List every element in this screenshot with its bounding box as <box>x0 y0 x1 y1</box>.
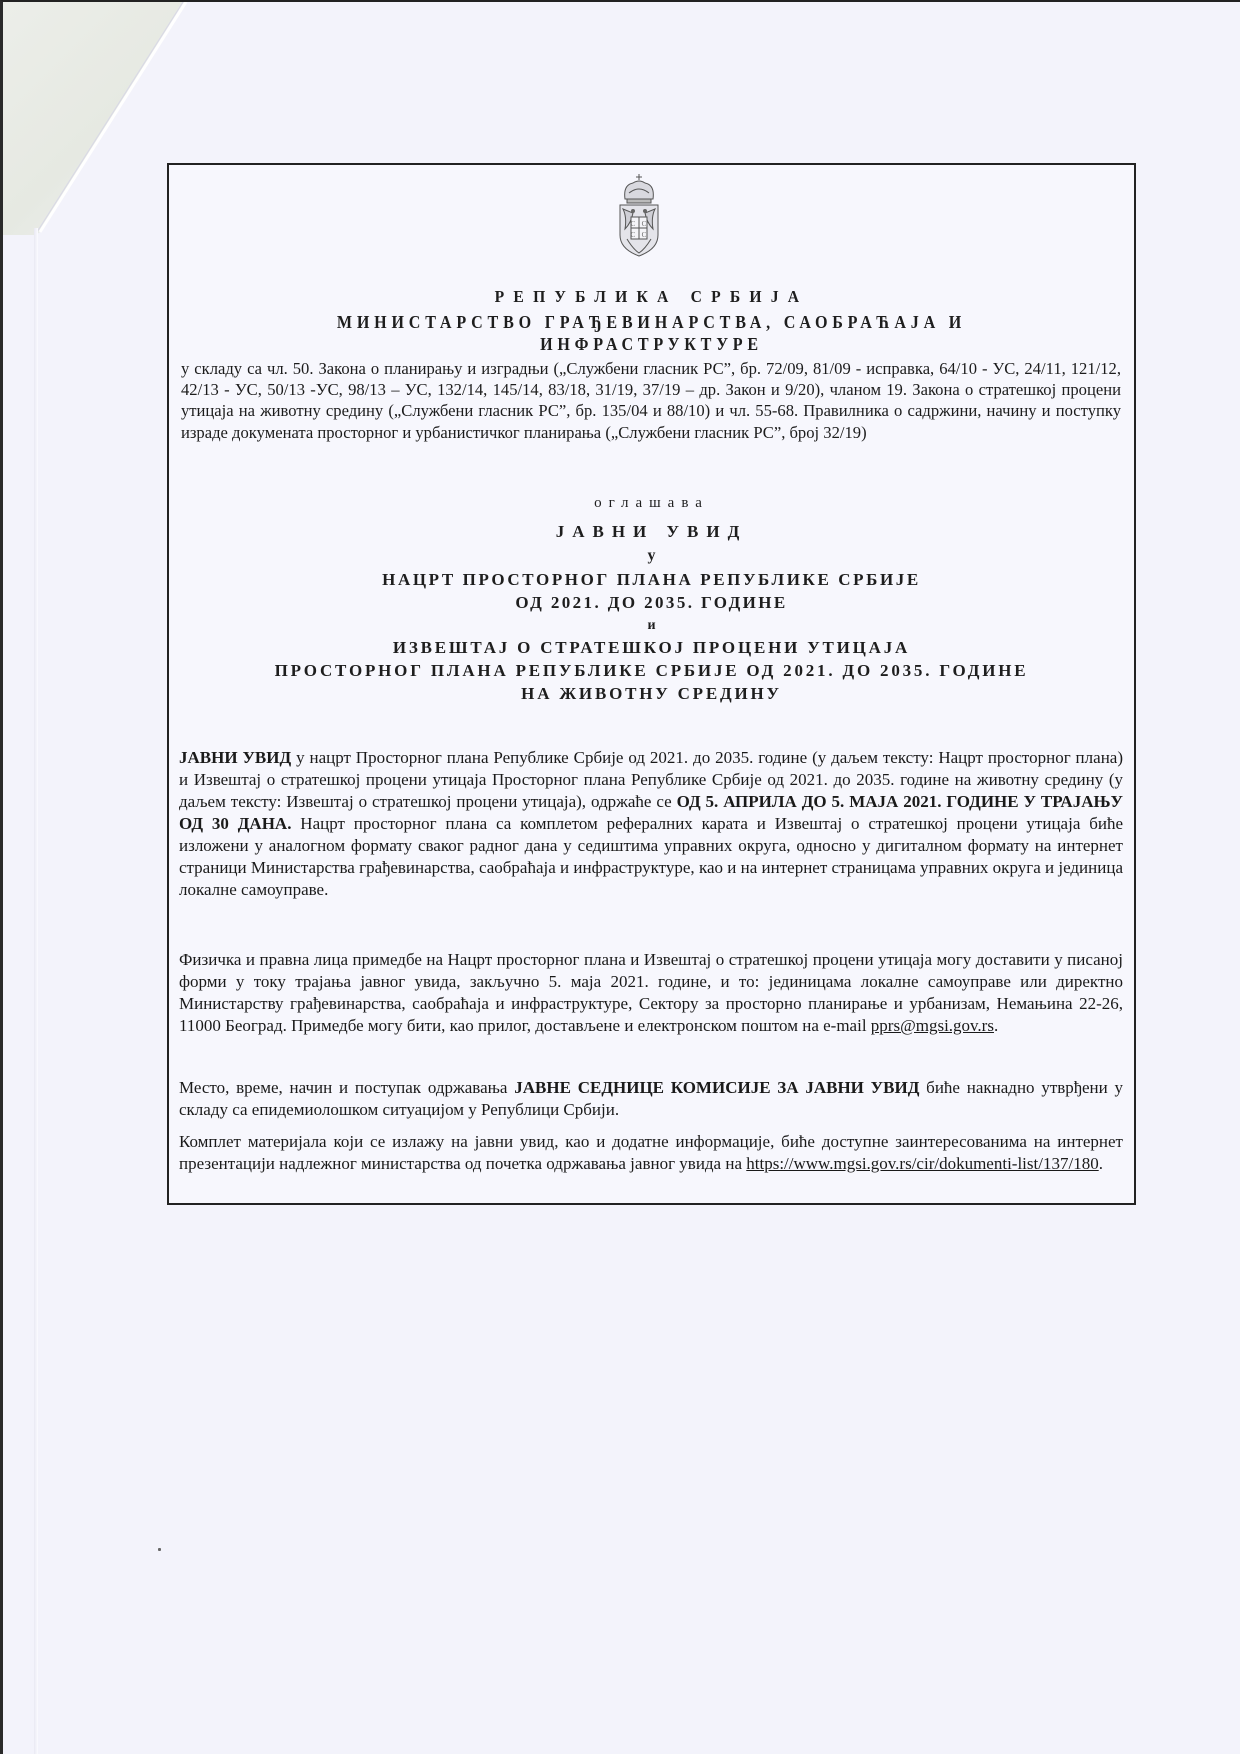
public-notice: С С С С РЕПУБЛИКА СРБИЈА МИНИСТАРСТВО ГР… <box>167 163 1136 1205</box>
conjunction-u: у <box>169 547 1134 565</box>
bold-lead: ЈАВНИ УВИД <box>179 748 291 767</box>
materials-url-link[interactable]: https://www.mgsi.gov.rs/cir/dokumenti-li… <box>746 1154 1098 1173</box>
email-link[interactable]: pprs@mgsi.gov.rs <box>871 1016 994 1035</box>
ministry-heading-line1: МИНИСТАРСТВО ГРАЂЕВИНАРСТВА, САОБРАЋАЈА … <box>208 311 1096 333</box>
paragraph-materials: Комплет материјала који се излажу на јав… <box>179 1131 1123 1175</box>
svg-text:С: С <box>631 220 636 228</box>
conjunction-i: и <box>169 618 1134 634</box>
legal-basis-paragraph: у складу са чл. 50. Закона о планирању и… <box>181 358 1121 443</box>
coat-of-arms-icon: С С С С <box>617 173 661 257</box>
announces-label: оглашава <box>169 495 1134 512</box>
paragraph-public-insight-dates: ЈАВНИ УВИД у нацрт Просторног плана Репу… <box>179 747 1123 901</box>
public-insight-title: ЈАВНИ УВИД <box>169 522 1134 542</box>
report-title-line3: НА ЖИВОТНУ СРЕДИНУ <box>169 684 1134 704</box>
period: . <box>994 1016 998 1035</box>
period: . <box>1099 1154 1103 1173</box>
report-title-line1: ИЗВЕШТАЈ О СТРАТЕШКОЈ ПРОЦЕНИ УТИЦАЈА <box>169 638 1134 658</box>
bold-session: ЈАВНЕ СЕДНИЦЕ КОМИСИЈЕ ЗА ЈАВНИ УВИД <box>514 1078 919 1097</box>
svg-text:С: С <box>642 220 647 228</box>
folded-page-corner <box>0 0 190 235</box>
scan-speck <box>158 1548 161 1551</box>
paragraph-objections: Физичка и правна лица примедбе на Нацрт … <box>179 949 1123 1037</box>
ministry-heading: МИНИСТАРСТВО ГРАЂЕВИНАРСТВА, САОБРАЋАЈА … <box>208 311 1096 355</box>
svg-text:С: С <box>631 231 636 239</box>
ministry-heading-line2: ИНФРАСТРУКТУРЕ <box>208 333 1096 355</box>
svg-text:С: С <box>642 231 647 239</box>
paragraph-public-session: Место, време, начин и поступак одржавања… <box>179 1077 1123 1121</box>
report-title-line2: ПРОСТОРНОГ ПЛАНА РЕПУБЛИКЕ СРБИЈЕ ОД 202… <box>169 661 1134 681</box>
country-heading: РЕПУБЛИКА СРБИЈА <box>208 287 1096 307</box>
draft-plan-title-line1: НАЦРТ ПРОСТОРНОГ ПЛАНА РЕПУБЛИКЕ СРБИЈЕ <box>169 570 1134 590</box>
paragraph-text: Место, време, начин и поступак одржавања <box>179 1078 514 1097</box>
draft-plan-title-line2: ОД 2021. ДО 2035. ГОДИНЕ <box>169 593 1134 613</box>
page-left-edge <box>34 228 38 1754</box>
paragraph-text: Нацрт просторног плана са комплетом рефе… <box>179 814 1123 899</box>
